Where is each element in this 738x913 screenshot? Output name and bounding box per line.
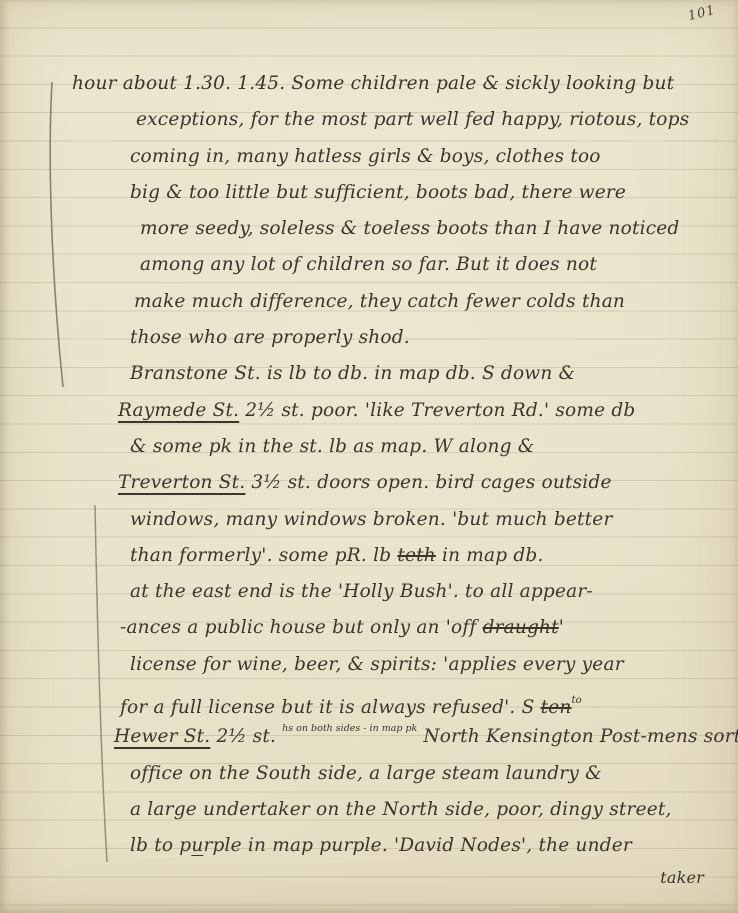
manuscript-line: than formerly'. some pR. lb teth in map …: [0, 538, 738, 574]
manuscript-line: hour about 1.30. 1.45. Some children pal…: [0, 66, 738, 102]
manuscript-line: those who are properly shod.: [0, 320, 738, 356]
manuscript-segment: rple in map purple. 'David Nodes', the u…: [203, 835, 631, 856]
manuscript-line: Branstone St. is lb to db. in map db. S …: [0, 356, 738, 392]
manuscript-line: for a full license but it is always refu…: [0, 683, 738, 719]
manuscript-segment: draught: [483, 617, 559, 638]
manuscript-line: coming in, many hatless girls & boys, cl…: [0, 139, 738, 175]
manuscript-segment: at the east end is the 'Holly Bush'. to …: [130, 581, 593, 602]
manuscript-segment: 2½ st.: [210, 726, 282, 747]
manuscript-line: license for wine, beer, & spirits: 'appl…: [0, 647, 738, 683]
manuscript-segment: exceptions, for the most part well fed h…: [136, 109, 689, 130]
manuscript-segment: Treverton St.: [118, 472, 245, 493]
manuscript-segment: North Kensington Post-mens sorting: [417, 726, 738, 747]
manuscript-segment: Branstone St. is lb to db. in map db. S …: [130, 363, 575, 384]
manuscript-segment: Hewer St.: [114, 726, 210, 747]
manuscript-line: at the east end is the 'Holly Bush'. to …: [0, 574, 738, 610]
manuscript-segment: hour about 1.30. 1.45. Some children pal…: [72, 73, 674, 94]
manuscript-segment: 3½ st. doors open. bird cages outside: [245, 472, 611, 493]
manuscript-segment: in map db.: [436, 545, 544, 566]
manuscript-segment: Raymede St.: [118, 400, 239, 421]
manuscript-line: big & too little but sufficient, boots b…: [0, 175, 738, 211]
page-number: 101: [687, 3, 718, 24]
manuscript-segment: more seedy, soleless & toeless boots tha…: [140, 218, 679, 239]
manuscript-segment: for a full license but it is always refu…: [120, 697, 541, 718]
manuscript-segment: coming in, many hatless girls & boys, cl…: [130, 146, 601, 167]
manuscript-line: & some pk in the st. lb as map. W along …: [0, 429, 738, 465]
manuscript-line: Raymede St. 2½ st. poor. 'like Treverton…: [0, 393, 738, 429]
manuscript-segment: those who are properly shod.: [130, 327, 410, 348]
manuscript-segment: teth: [397, 545, 436, 566]
manuscript-segment: among any lot of children so far. But it…: [140, 254, 597, 275]
manuscript-line: a large undertaker on the North side, po…: [0, 792, 738, 828]
manuscript-line: -ances a public house but only an 'off d…: [0, 610, 738, 646]
manuscript-line: lb to purple in map purple. 'David Nodes…: [0, 828, 738, 864]
manuscript-line: among any lot of children so far. But it…: [0, 247, 738, 283]
manuscript-text: hour about 1.30. 1.45. Some children pal…: [0, 66, 738, 895]
manuscript-segment: office on the South side, a large steam …: [130, 763, 602, 784]
manuscript-segment: a large undertaker on the North side, po…: [130, 799, 672, 820]
manuscript-segment: 2½ st. poor. 'like Treverton Rd.' some d…: [239, 400, 635, 421]
manuscript-segment: than formerly'. some pR. lb: [130, 545, 397, 566]
notebook-page: 101 hour about 1.30. 1.45. Some children…: [0, 0, 738, 913]
manuscript-segment: ten: [541, 697, 572, 718]
manuscript-line: exceptions, for the most part well fed h…: [0, 102, 738, 138]
manuscript-segment: hs on both sides - in map pk: [282, 723, 417, 734]
manuscript-segment: u: [191, 835, 203, 856]
manuscript-line: more seedy, soleless & toeless boots tha…: [0, 211, 738, 247]
manuscript-line: Hewer St. 2½ st. hs on both sides - in m…: [0, 719, 738, 755]
manuscript-segment: & some pk in the st. lb as map. W along …: [130, 436, 534, 457]
manuscript-segment: license for wine, beer, & spirits: 'appl…: [130, 654, 624, 675]
manuscript-line: taker: [0, 865, 738, 895]
manuscript-line: Treverton St. 3½ st. doors open. bird ca…: [0, 465, 738, 501]
manuscript-line: office on the South side, a large steam …: [0, 756, 738, 792]
manuscript-segment: big & too little but sufficient, boots b…: [130, 182, 626, 203]
manuscript-segment: to: [571, 695, 581, 706]
manuscript-segment: taker: [660, 868, 704, 887]
manuscript-line: windows, many windows broken. 'but much …: [0, 502, 738, 538]
manuscript-segment: windows, many windows broken. 'but much …: [130, 509, 613, 530]
manuscript-segment: ': [559, 617, 564, 638]
manuscript-segment: make much difference, they catch fewer c…: [134, 291, 625, 312]
manuscript-segment: -ances a public house but only an 'off: [120, 617, 483, 638]
manuscript-line: make much difference, they catch fewer c…: [0, 284, 738, 320]
manuscript-segment: lb to p: [130, 835, 191, 856]
